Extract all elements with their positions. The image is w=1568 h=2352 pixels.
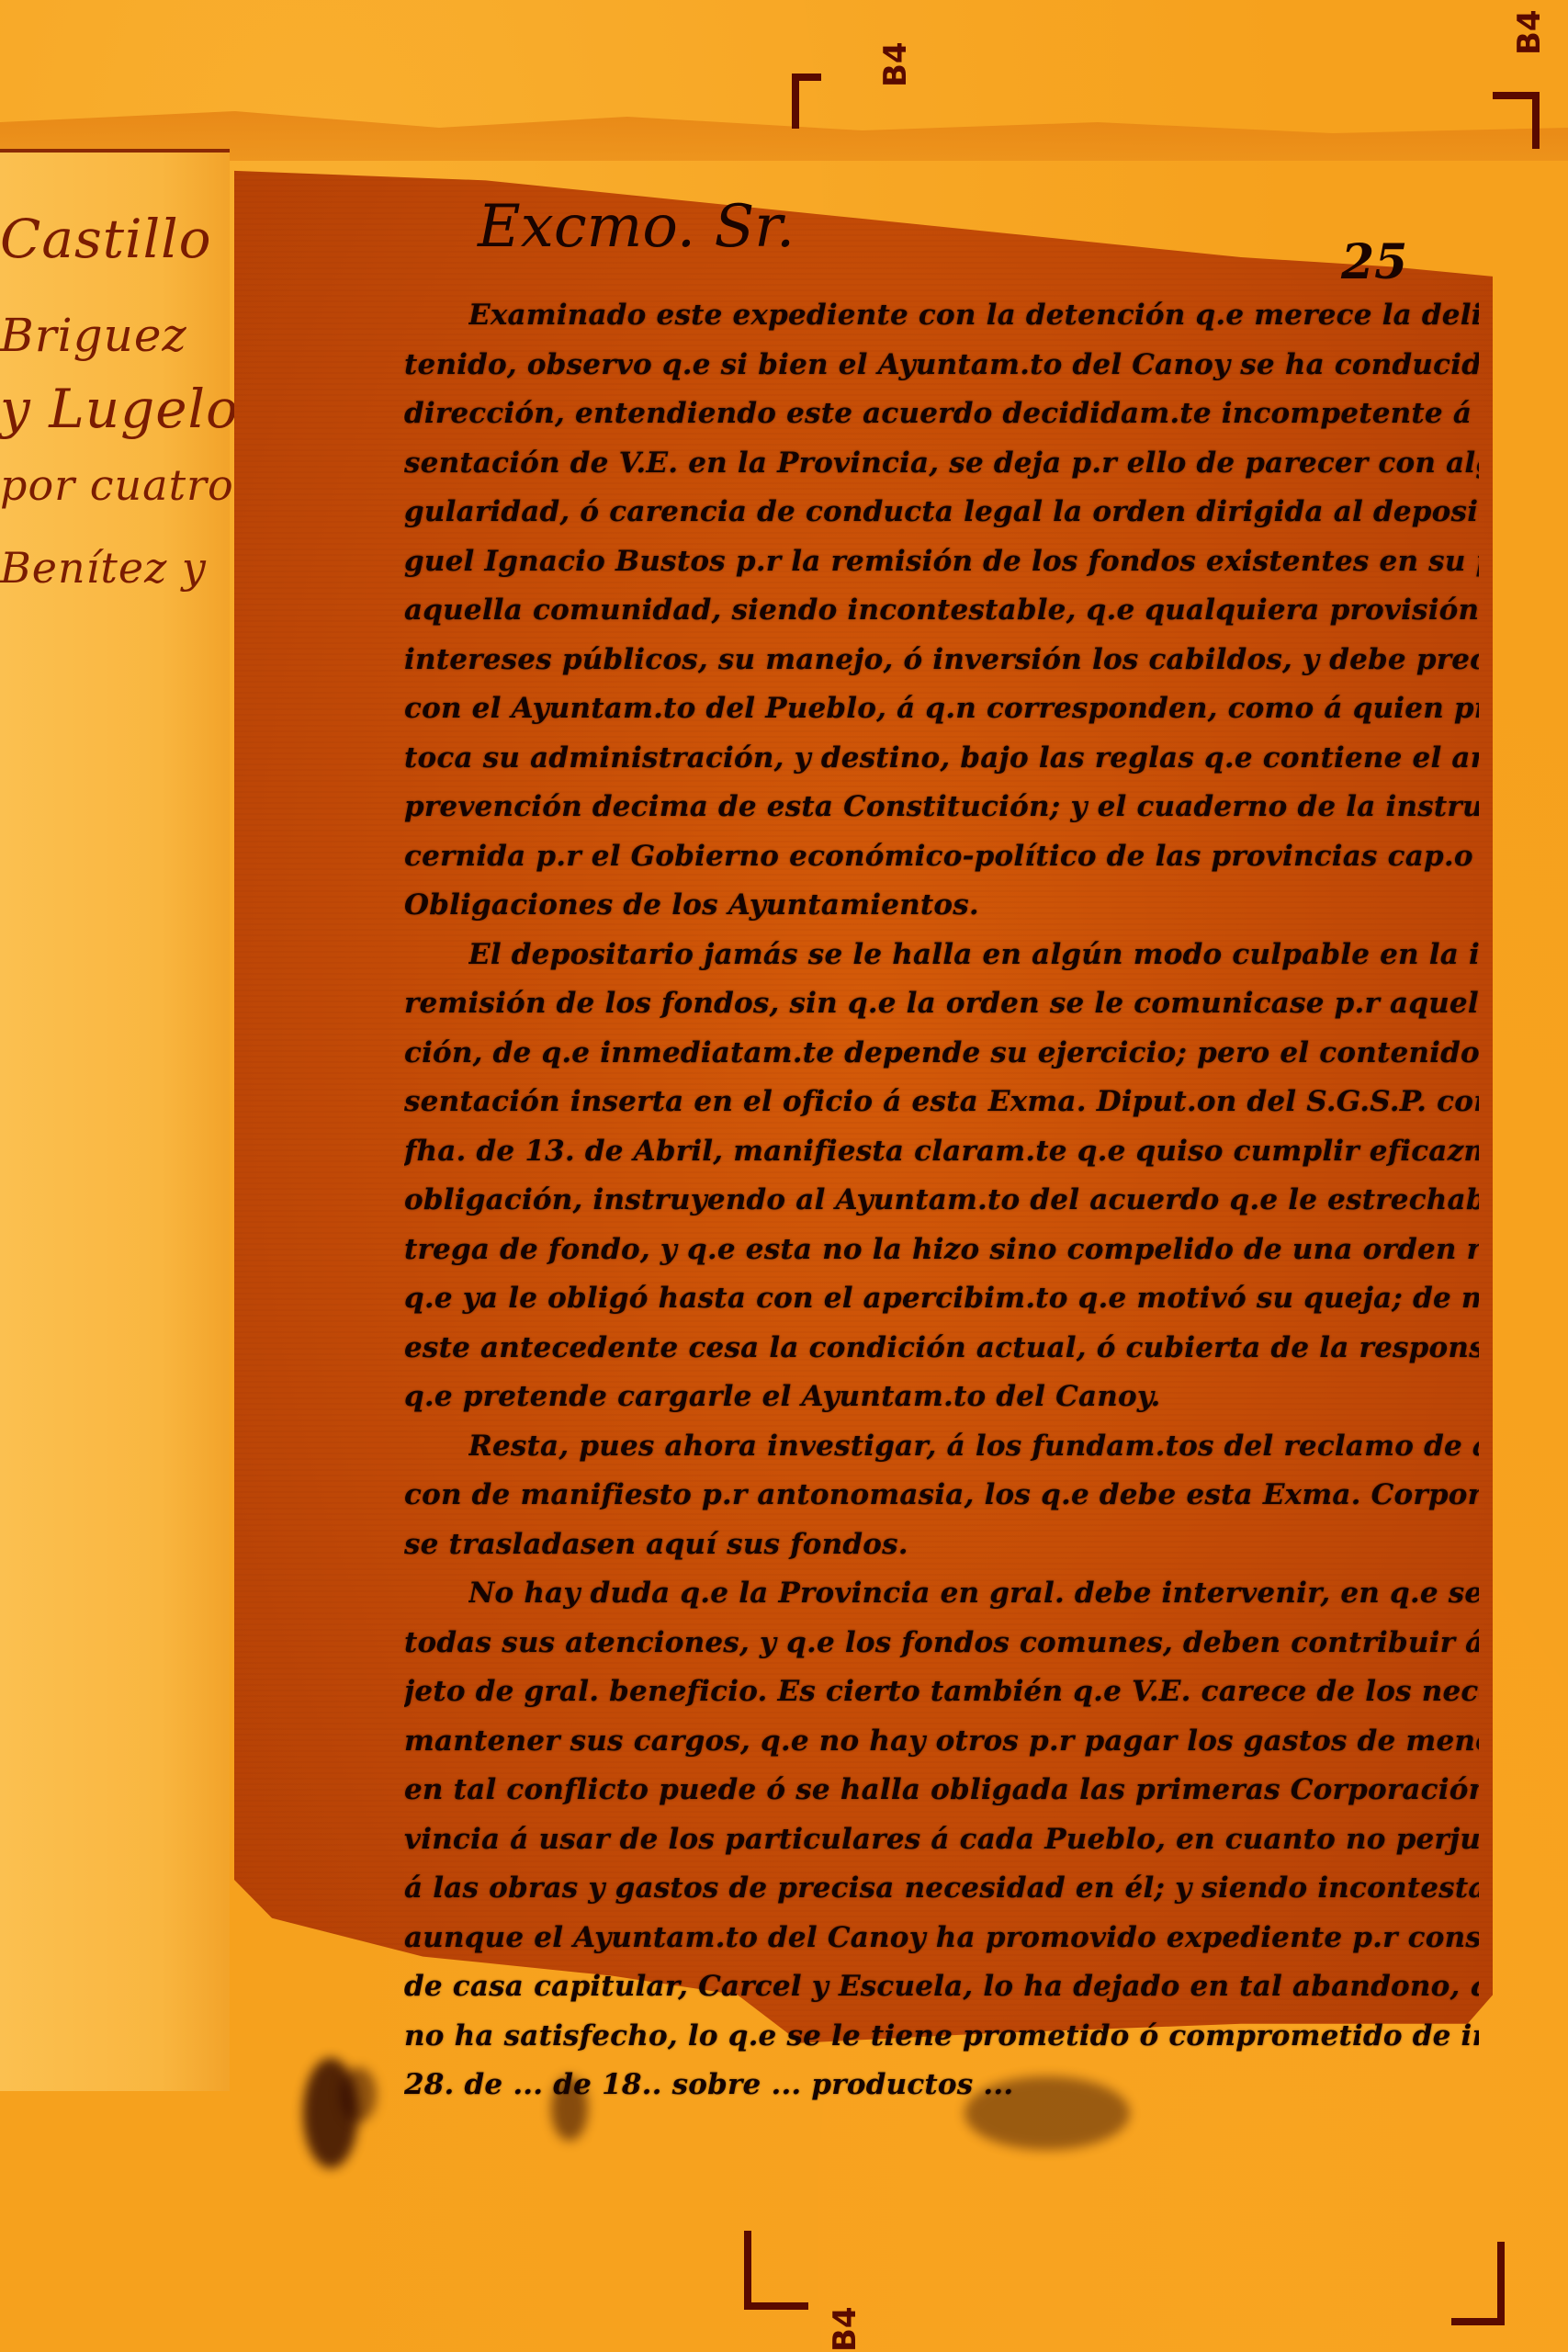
manuscript-line: con el Ayuntam.to del Pueblo, á q.n corr… [404, 692, 1479, 725]
manuscript-line: toca su administración, y destino, bajo … [404, 741, 1479, 775]
manuscript-line: No hay duda q.e la Provincia en gral. de… [468, 1577, 1479, 1610]
adjacent-page: Castillo Briguez y Lugelo por cuatro Ben… [0, 149, 230, 2091]
manuscript-line: El depositario jamás se le halla en algú… [468, 938, 1479, 971]
manuscript-line: obligación, instruyendo al Ayuntam.to de… [404, 1183, 1479, 1216]
manuscript-line: aquella comunidad, siendo incontestable,… [404, 594, 1479, 627]
manuscript-line: ción, de q.e inmediatam.te depende su ej… [404, 1036, 1479, 1069]
manuscript-line: á las obras y gastos de precisa necesida… [404, 1871, 1479, 1905]
manuscript-line: 28. de ... de 18.. sobre ... productos .… [404, 2068, 1479, 2101]
manuscript-line: de casa capitular, Carcel y Escuela, lo … [404, 1970, 1479, 2003]
ink-stain [340, 2067, 377, 2122]
manuscript-line: Examinado este expediente con la detenci… [468, 299, 1479, 332]
manuscript-line: todas sus atenciones, y q.e los fondos c… [404, 1626, 1479, 1659]
manuscript-line: prevención decima de esta Constitución; … [404, 790, 1479, 823]
document-title: Excmo. Sr. [478, 193, 795, 261]
manuscript-line: tenido, observo q.e si bien el Ayuntam.t… [404, 348, 1479, 381]
registration-mark-label: B4 [1511, 9, 1548, 55]
manuscript-line: intereses públicos, su manejo, ó inversi… [404, 643, 1479, 676]
manuscript-line: jeto de gral. beneficio. Es cierto tambi… [404, 1675, 1479, 1708]
registration-mark-bottom-left [744, 2302, 808, 2310]
margin-fragment: Benítez y [0, 543, 207, 593]
manuscript-line: q.e ya le obligó hasta con el apercibim.… [404, 1282, 1479, 1315]
manuscript-line: aunque el Ayuntam.to del Canoy ha promov… [404, 1921, 1479, 1954]
margin-fragment: Castillo [0, 208, 212, 270]
manuscript-line: fha. de 13. de Abril, manifiesta claram.… [404, 1135, 1479, 1168]
manuscript-line: se trasladasen aquí sus fondos. [404, 1528, 1479, 1561]
manuscript-line: sentación de V.E. en la Provincia, se de… [404, 447, 1479, 480]
manuscript-line: Resta, pues ahora investigar, á los fund… [468, 1430, 1479, 1463]
margin-fragment: y Lugelo [0, 378, 239, 440]
margin-fragment: Briguez [0, 309, 187, 362]
manuscript-line: Obligaciones de los Ayuntamientos. [404, 888, 1479, 922]
manuscript-line: sentación inserta en el oficio á esta Ex… [404, 1085, 1479, 1118]
manuscript-line: gularidad, ó carencia de conducta legal … [404, 495, 1479, 528]
manuscript-line: vincia á usar de los particulares á cada… [404, 1823, 1479, 1856]
margin-fragment: por cuatro [0, 460, 234, 510]
manuscript-line: trega de fondo, y q.e esta no la hizo si… [404, 1233, 1479, 1266]
manuscript-line: no ha satisfecho, lo q.e se le tiene pro… [404, 2019, 1479, 2052]
manuscript-line: guel Ignacio Bustos p.r la remisión de l… [404, 545, 1479, 578]
registration-mark-label: B4 [877, 41, 914, 87]
manuscript-line: en tal conflicto puede ó se halla obliga… [404, 1773, 1479, 1806]
manuscript-line: dirección, entendiendo este acuerdo deci… [404, 397, 1479, 430]
page-number: 25 [1341, 234, 1407, 290]
manuscript-line: remisión de los fondos, sin q.e la orden… [404, 987, 1479, 1020]
registration-mark-bottom-right [1497, 2242, 1505, 2324]
registration-mark-bottom-left [744, 2231, 751, 2309]
registration-mark-top-left [792, 73, 799, 129]
registration-mark-bottom-right [1451, 2318, 1505, 2325]
registration-mark-top-right [1532, 92, 1540, 149]
manuscript-line: mantener sus cargos, q.e no hay otros p.… [404, 1724, 1479, 1758]
manuscript-line: cernida p.r el Gobierno económico-políti… [404, 840, 1479, 873]
manuscript-line: este antecedente cesa la condición actua… [404, 1331, 1479, 1364]
registration-mark-label: B4 [827, 2306, 863, 2352]
manuscript-line: q.e pretende cargarle el Ayuntam.to del … [404, 1380, 1479, 1413]
manuscript-line: con de manifiesto p.r antonomasia, los q… [404, 1478, 1479, 1511]
